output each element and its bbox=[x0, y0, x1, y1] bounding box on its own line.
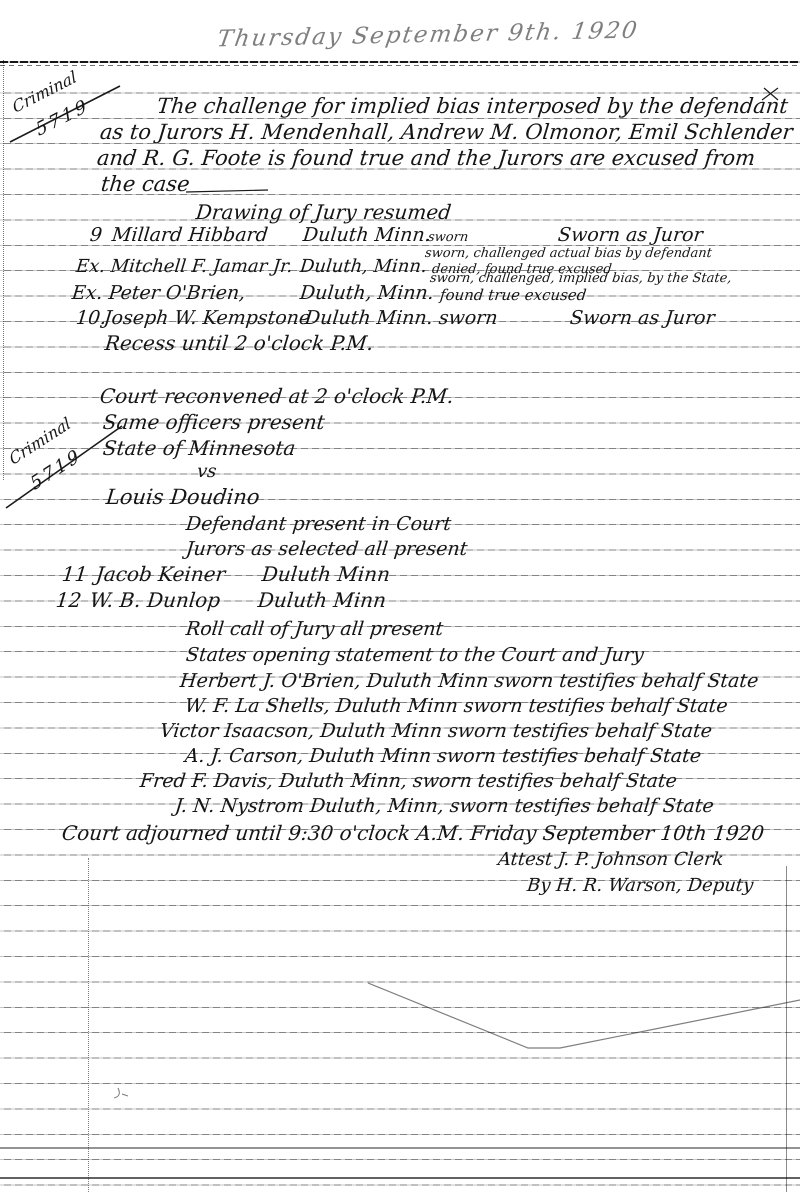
juror-number: 12 bbox=[55, 590, 83, 610]
bottom-rule-1 bbox=[0, 1147, 800, 1149]
juror-status: Sworn as Juror bbox=[557, 226, 704, 245]
paragraph-line: The challenge for implied bias interpose… bbox=[156, 96, 789, 117]
officers-note: Same officers present bbox=[102, 412, 326, 432]
witness-line: A. J. Carson, Duluth Minn sworn testifie… bbox=[184, 747, 702, 766]
page-title-date: Thursday September 9th. 1920 bbox=[215, 20, 640, 52]
witness-line: Herbert J. O'Brien, Duluth Minn sworn te… bbox=[179, 672, 759, 691]
bottom-rule-2 bbox=[0, 1177, 800, 1179]
juror-name: W. B. Dunlop bbox=[89, 590, 221, 610]
recess-note: Recess until 2 o'clock P.M. bbox=[104, 333, 374, 353]
case-title: State of Minnesota bbox=[102, 438, 297, 458]
juror-name: Millard Hibbard bbox=[111, 226, 269, 245]
defendant-present-note: Defendant present in Court bbox=[185, 515, 452, 534]
vs-label: vs bbox=[196, 463, 217, 481]
top-rule-heavy bbox=[0, 61, 800, 63]
excused-juror-note: found true excused bbox=[439, 288, 587, 303]
paragraph-line: and R. G. Foote is found true and the Ju… bbox=[96, 148, 756, 169]
jurors-present-note: Jurors as selected all present bbox=[185, 540, 468, 559]
roll-call-note: Roll call of Jury all present bbox=[185, 620, 444, 639]
section-heading: Drawing of Jury resumed bbox=[195, 202, 452, 222]
paragraph-line: as to Jurors H. Mendenhall, Andrew M. Ol… bbox=[99, 122, 794, 143]
juror-place: Duluth Minn bbox=[257, 590, 387, 610]
opening-statement: States opening statement to the Court an… bbox=[185, 646, 645, 665]
excused-juror: Ex. Mitchell F. Jamar Jr. bbox=[75, 258, 293, 276]
juror-place: Duluth Minn. sworn bbox=[304, 309, 499, 328]
court-minutes-page: Thursday September 9th. 1920 Criminal 57… bbox=[0, 0, 800, 1192]
excused-juror-place: Duluth, Minn. bbox=[299, 258, 428, 276]
left-margin-line bbox=[88, 858, 89, 1192]
adjournment-note: Court adjourned until 9:30 o'clock A.M. … bbox=[61, 823, 765, 843]
witness-line: Victor Isaacson, Duluth Minn sworn testi… bbox=[159, 722, 713, 741]
reconvened-note: Court reconvened at 2 o'clock P.M. bbox=[99, 386, 455, 406]
left-edge-line bbox=[3, 60, 4, 480]
juror-status: Sworn as Juror bbox=[569, 309, 716, 328]
paragraph-line: the case bbox=[100, 174, 191, 195]
witness-line: W. F. La Shells, Duluth Minn sworn testi… bbox=[184, 697, 729, 716]
juror-name: Joseph W. Kempstone bbox=[103, 309, 311, 328]
top-rule-light bbox=[0, 65, 800, 66]
juror-name: Jacob Keiner bbox=[95, 564, 226, 584]
juror-place: Duluth Minn. bbox=[302, 226, 432, 245]
right-margin-line bbox=[786, 866, 787, 1192]
excused-juror-place: Duluth, Minn. bbox=[299, 284, 435, 303]
attest-signature: Attest J. P. Johnson Clerk bbox=[497, 851, 724, 869]
challenge-insert: sworn, challenged actual bias by defenda… bbox=[424, 247, 712, 260]
witness-line: Fred F. Davis, Duluth Minn, sworn testif… bbox=[139, 772, 678, 791]
deputy-signature: By H. R. Warson, Deputy bbox=[526, 877, 754, 895]
juror-place: Duluth Minn bbox=[261, 564, 391, 584]
witness-line: J. N. Nystrom Duluth, Minn, sworn testif… bbox=[174, 797, 715, 816]
excused-juror: Ex. Peter O'Brien, bbox=[71, 284, 246, 303]
juror-number: 11 bbox=[61, 564, 89, 584]
challenge-insert: sworn, challenged, implied bias, by the … bbox=[429, 272, 732, 285]
juror-number: 9 bbox=[89, 226, 103, 245]
defendant-name: Louis Doudino bbox=[105, 487, 261, 508]
juror-sworn: sworn bbox=[427, 231, 469, 244]
